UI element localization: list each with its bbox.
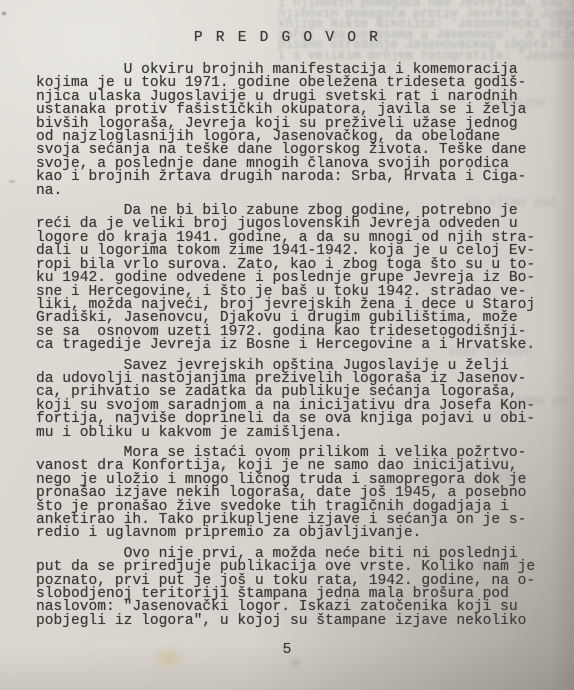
page-number: 5: [0, 641, 574, 658]
ink-ghost-mark: [291, 658, 300, 667]
paper-speck: [9, 180, 15, 183]
bleedthrough-line: njihovih pomagača protiv Jevreja u Jugos…: [278, 9, 574, 20]
paragraph: Da ne bi bilo zabune zbog godine, potreb…: [36, 205, 554, 352]
bleedthrough-line: i njihovih pomagača nad Jevrejima, šau i…: [278, 0, 574, 9]
bleedthrough-line: i s velikim brojem fotografija: "Jasenov…: [278, 51, 574, 62]
page-title: P R E D G O V O R: [0, 30, 574, 46]
paragraph: Mora se istaći ovom prilikom i velika po…: [36, 447, 554, 541]
bleedthrough-line: knjige Nikše Nikolića: "Jasenovački logo…: [278, 19, 574, 30]
paragraph: Savez jevrejskih opština Jugoslavije u ž…: [36, 360, 554, 440]
paragraph: Ovo nije prvi, a možda neće biti ni posl…: [36, 548, 554, 628]
paragraph: U okviru brojnih manifestacija i komemor…: [36, 64, 554, 198]
scanned-page: i njihovih pomagača nad Jevrejima, šau i…: [0, 0, 574, 690]
document-body: U okviru brojnih manifestacija i komemor…: [36, 64, 554, 635]
paper-speck: [2, 12, 6, 15]
